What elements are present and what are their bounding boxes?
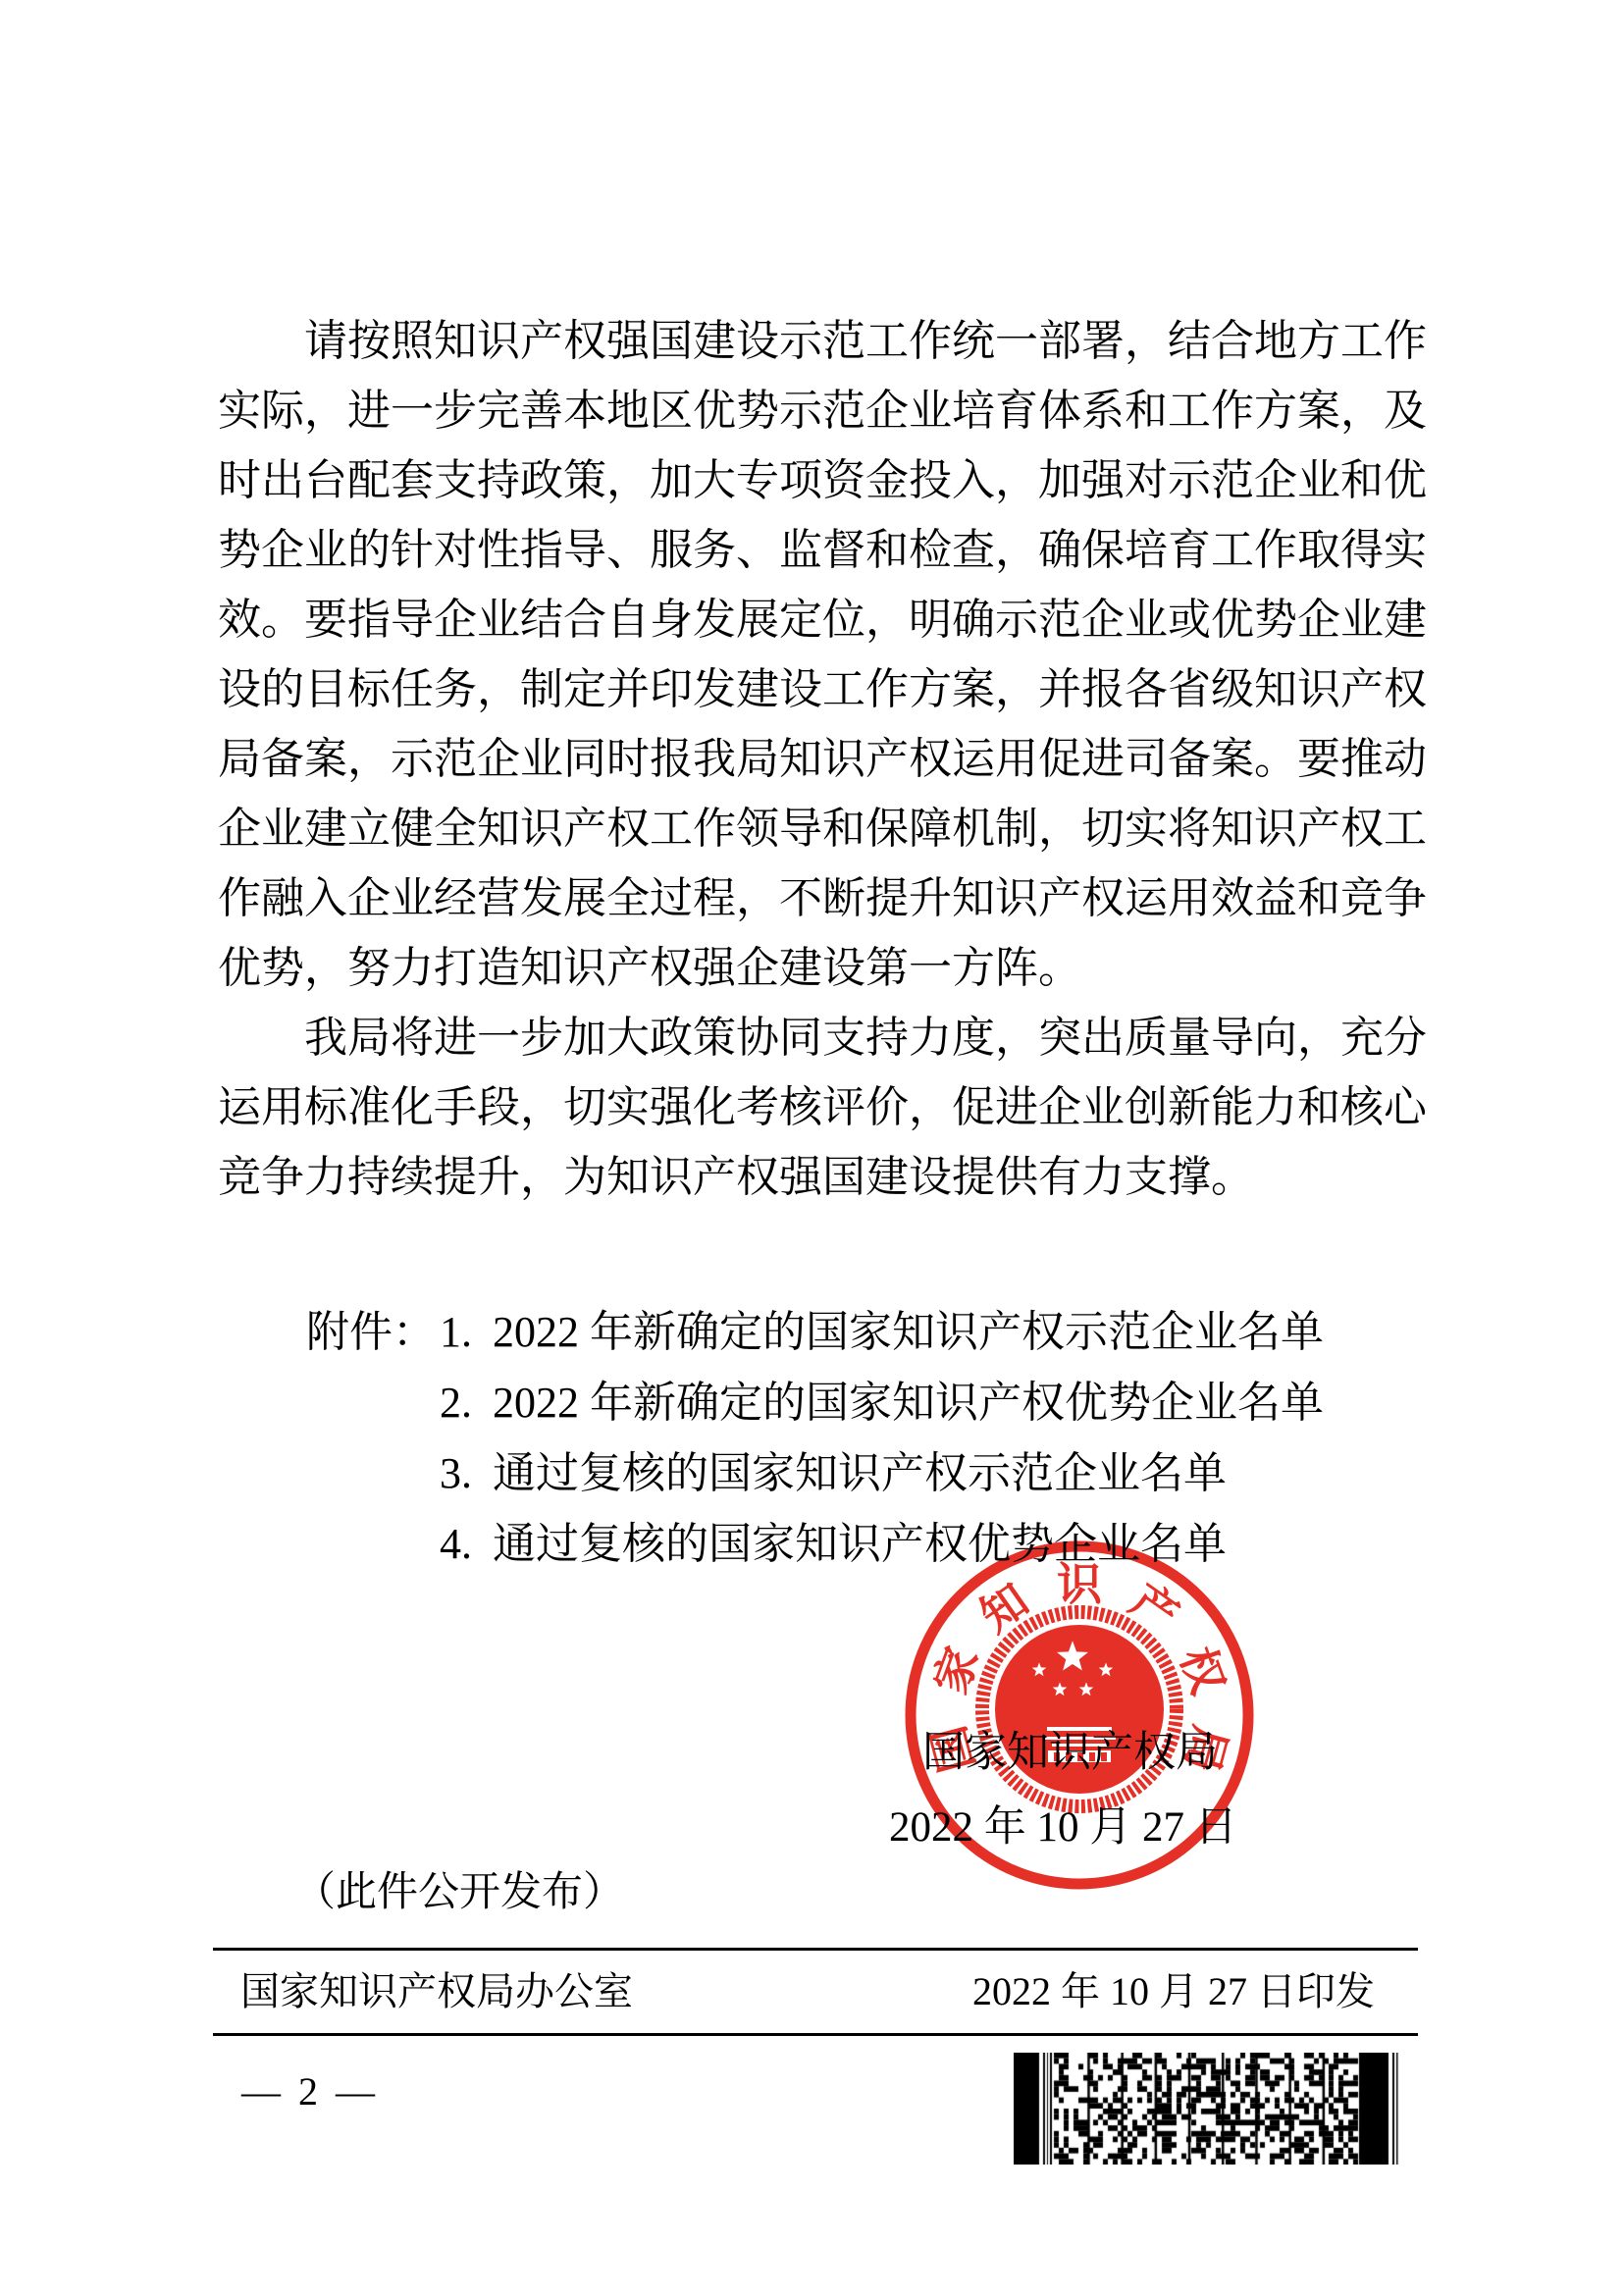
attachment-number: 2. — [440, 1368, 493, 1438]
seal-char: 产 — [1122, 1575, 1187, 1642]
attachment-item: 3.通过复核的国家知识产权示范企业名单 — [218, 1438, 1427, 1509]
body-line: 企业建立健全知识产权工作领导和保障机制，切实将知识产权工 — [218, 794, 1427, 863]
public-release-note: （此件公开发布） — [294, 1870, 624, 1915]
footer-office: 国家知识产权局办公室 — [240, 1968, 633, 2015]
body-line: 运用标准化手段，切实强化考核评价，促进企业创新能力和核心 — [218, 1072, 1427, 1142]
attachment-number: 1. — [440, 1297, 493, 1368]
seal-char: 局 — [1176, 1721, 1235, 1778]
seal-char: 权 — [1171, 1641, 1233, 1700]
body-line: 设的目标任务，制定并印发建设工作方案，并报各省级知识产权 — [218, 654, 1427, 724]
body-line: 局备案，示范企业同时报我局知识产权运用促进司备案。要推动 — [218, 724, 1427, 794]
footer-rule-top — [213, 1948, 1418, 1951]
document-page: 请按照知识产权强国建设示范工作统一部署，结合地方工作实际，进一步完善本地区优势示… — [0, 0, 1624, 2296]
attachment-text: 2022 年新确定的国家知识产权优势企业名单 — [493, 1379, 1324, 1427]
seal-char: 识 — [1057, 1560, 1103, 1610]
national-emblem-icon — [982, 1612, 1177, 1806]
seal-char: 知 — [971, 1575, 1037, 1642]
footer-rule-bottom — [213, 2033, 1418, 2036]
attachment-text: 通过复核的国家知识产权示范企业名单 — [493, 1449, 1227, 1497]
body-line: 效。要指导企业结合自身发展定位，明确示范企业或优势企业建 — [218, 585, 1427, 654]
official-seal: 国 家 知 识 产 权 局 — [901, 1537, 1258, 1894]
body-line: 优势，努力打造知识产权强企建设第一方阵。 — [218, 933, 1427, 1003]
attachment-item: 附件：1.2022 年新确定的国家知识产权示范企业名单 — [218, 1297, 1427, 1368]
body-line: 势企业的针对性指导、服务、监督和检查，确保培育工作取得实 — [218, 515, 1427, 585]
body-paragraphs: 请按照知识产权强国建设示范工作统一部署，结合地方工作实际，进一步完善本地区优势示… — [218, 306, 1427, 1212]
page-number: — 2 — — [241, 2070, 379, 2113]
footer-row: 国家知识产权局办公室 2022 年 10 月 27 日印发 — [213, 1968, 1418, 2015]
body-line: 作融入企业经营发展全过程，不断提升知识产权运用效益和竞争 — [218, 863, 1427, 933]
body-line: 时出台配套支持政策，加大专项资金投入，加强对示范企业和优 — [218, 445, 1427, 515]
attachment-item: 2.2022 年新确定的国家知识产权优势企业名单 — [218, 1368, 1427, 1438]
attachment-text: 2022 年新确定的国家知识产权示范企业名单 — [493, 1308, 1324, 1356]
document-barcode — [1014, 2053, 1400, 2165]
attachment-label: 附件： — [218, 1297, 440, 1368]
body-line: 竞争力持续提升，为知识产权强国建设提供有力支撑。 — [218, 1142, 1427, 1212]
attachment-number: 3. — [440, 1438, 493, 1509]
body-line: 实际，进一步完善本地区优势示范企业培育体系和工作方案，及 — [218, 376, 1427, 445]
seal-char: 国 — [923, 1721, 983, 1778]
attachment-number: 4. — [440, 1509, 493, 1580]
footer-print-date: 2022 年 10 月 27 日印发 — [972, 1968, 1375, 2015]
body-line: 请按照知识产权强国建设示范工作统一部署，结合地方工作 — [218, 306, 1427, 376]
body-line: 我局将进一步加大政策协同支持力度，突出质量导向，充分 — [218, 1003, 1427, 1072]
